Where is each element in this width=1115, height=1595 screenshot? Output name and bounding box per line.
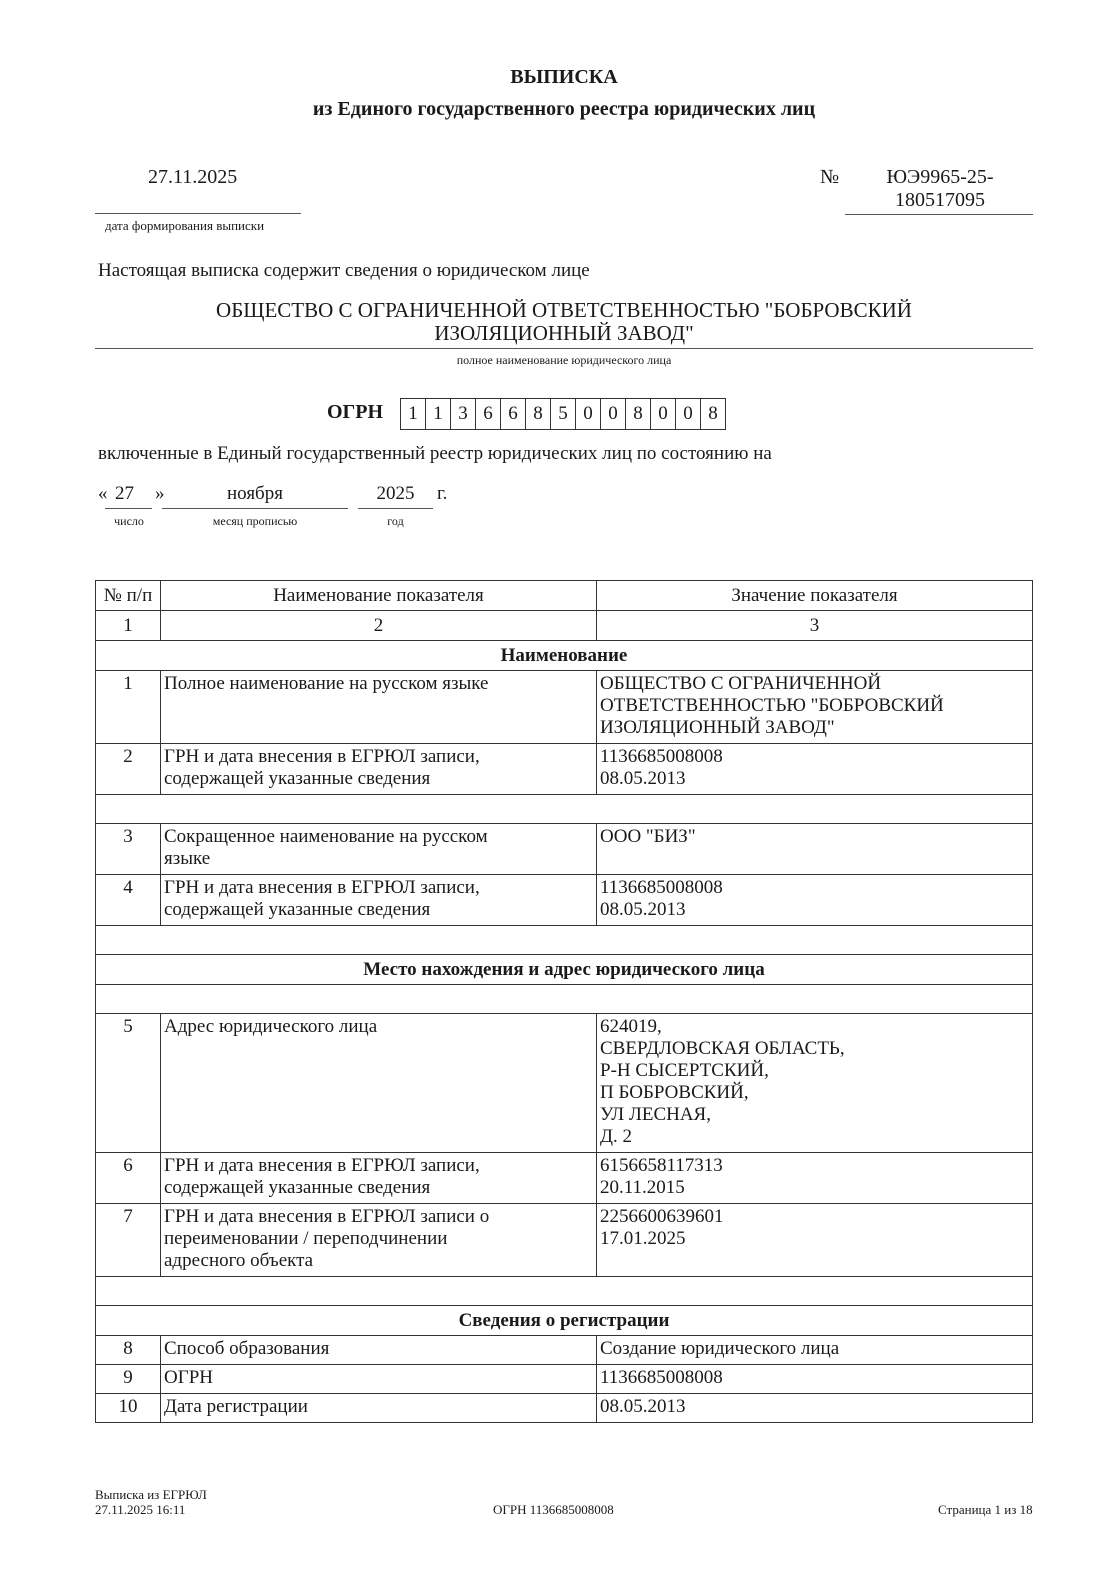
- day-caption: число: [100, 514, 158, 529]
- indicator-name: ГРН и дата внесения в ЕГРЮЛ записи опере…: [161, 1204, 597, 1277]
- indicator-value: Создание юридического лица: [597, 1336, 1033, 1365]
- ogrn-digit: 1: [401, 399, 426, 429]
- indicator-name: Сокращенное наименование на русскомязыке: [161, 824, 597, 875]
- indicator-value-line: 20.11.2015: [600, 1177, 1029, 1199]
- number-sign: №: [820, 166, 839, 189]
- indicator-name: Адрес юридического лица: [161, 1014, 597, 1153]
- company-name-line1: ОБЩЕСТВО С ОГРАНИЧЕННОЙ ОТВЕТСТВЕННОСТЬЮ…: [95, 299, 1033, 322]
- intro-text: Настоящая выписка содержит сведения о юр…: [98, 260, 590, 282]
- ogrn-digit: 6: [476, 399, 501, 429]
- table-row: 2ГРН и дата внесения в ЕГРЮЛ записи,соде…: [96, 744, 1033, 795]
- col-number-1: 1: [96, 611, 161, 641]
- date-underline: [95, 213, 301, 214]
- indicator-value: 08.05.2013: [597, 1394, 1033, 1423]
- ogrn-digit: 3: [451, 399, 476, 429]
- spacer-cell: [96, 795, 1033, 824]
- table-row: 5Адрес юридического лица624019,СВЕРДЛОВС…: [96, 1014, 1033, 1153]
- section-title: Место нахождения и адрес юридического ли…: [96, 955, 1033, 985]
- section-header-row: Место нахождения и адрес юридического ли…: [96, 955, 1033, 985]
- number-underline: [845, 214, 1033, 215]
- section-title: Сведения о регистрации: [96, 1306, 1033, 1336]
- indicator-name: ГРН и дата внесения в ЕГРЮЛ записи,содер…: [161, 1153, 597, 1204]
- table-row: 10Дата регистрации08.05.2013: [96, 1394, 1033, 1423]
- ogrn-digit: 0: [651, 399, 676, 429]
- indicator-value-line: П БОБРОВСКИЙ,: [600, 1082, 1029, 1104]
- table-row: 8Способ образованияСоздание юридического…: [96, 1336, 1033, 1365]
- row-number: 3: [96, 824, 161, 875]
- row-number: 4: [96, 875, 161, 926]
- column-number-row: 1 2 3: [96, 611, 1033, 641]
- spacer-cell: [96, 926, 1033, 955]
- indicator-value-line: Создание юридического лица: [600, 1338, 1029, 1360]
- ogrn-digit: 8: [701, 399, 725, 429]
- indicator-name: Дата регистрации: [161, 1394, 597, 1423]
- indicator-value-line: 1136685008008: [600, 1367, 1029, 1389]
- indicator-name-line: ГРН и дата внесения в ЕГРЮЛ записи о: [164, 1206, 593, 1228]
- indicator-name-line: переименовании / переподчинении: [164, 1228, 593, 1250]
- ogrn-digit-boxes: 1136685008008: [400, 398, 726, 430]
- footer-ogrn: ОГРН 1136685008008: [493, 1502, 614, 1518]
- col-number-2: 2: [161, 611, 597, 641]
- indicator-value: 624019,СВЕРДЛОВСКАЯ ОБЛАСТЬ,Р-Н СЫСЕРТСК…: [597, 1014, 1033, 1153]
- indicator-value-line: 17.01.2025: [600, 1228, 1029, 1250]
- footer-left: Выписка из ЕГРЮЛ 27.11.2025 16:11: [95, 1487, 207, 1517]
- table-row: 7ГРН и дата внесения в ЕГРЮЛ записи опер…: [96, 1204, 1033, 1277]
- indicator-name: ГРН и дата внесения в ЕГРЮЛ записи,содер…: [161, 744, 597, 795]
- table-row: 1Полное наименование на русском языкеОБЩ…: [96, 671, 1033, 744]
- month-caption: месяц прописью: [162, 514, 348, 529]
- footer-timestamp: 27.11.2025 16:11: [95, 1502, 207, 1517]
- document-subtitle: из Единого государственного реестра юрид…: [0, 98, 1115, 121]
- table-row: 6ГРН и дата внесения в ЕГРЮЛ записи,соде…: [96, 1153, 1033, 1204]
- row-number: 6: [96, 1153, 161, 1204]
- indicator-value: 615665811731320.11.2015: [597, 1153, 1033, 1204]
- indicator-name-line: ГРН и дата внесения в ЕГРЮЛ записи,: [164, 746, 593, 768]
- indicator-value-line: 1136685008008: [600, 877, 1029, 899]
- row-number: 7: [96, 1204, 161, 1277]
- indicator-value-line: ОТВЕТСТВЕННОСТЬЮ "БОБРОВСКИЙ: [600, 695, 1029, 717]
- document-title: ВЫПИСКА: [0, 66, 1115, 89]
- indicator-name-line: содержащей указанные сведения: [164, 768, 593, 790]
- indicator-value-line: 08.05.2013: [600, 768, 1029, 790]
- ogrn-digit: 6: [501, 399, 526, 429]
- indicator-value: 113668500800808.05.2013: [597, 875, 1033, 926]
- egrul-data-table: № п/п Наименование показателя Значение п…: [95, 580, 1033, 1423]
- row-number: 10: [96, 1394, 161, 1423]
- table-row: 9ОГРН1136685008008: [96, 1365, 1033, 1394]
- indicator-value-line: 2256600639601: [600, 1206, 1029, 1228]
- indicator-value-line: Д. 2: [600, 1126, 1029, 1148]
- indicator-name: ГРН и дата внесения в ЕГРЮЛ записи,содер…: [161, 875, 597, 926]
- row-number: 5: [96, 1014, 161, 1153]
- extract-date-caption: дата формирования выписки: [105, 218, 264, 234]
- included-text: включенные в Единый государственный реес…: [98, 443, 772, 465]
- row-number: 1: [96, 671, 161, 744]
- table-row: 3Сокращенное наименование на русскомязык…: [96, 824, 1033, 875]
- indicator-value-line: 1136685008008: [600, 746, 1029, 768]
- indicator-value: ОБЩЕСТВО С ОГРАНИЧЕННОЙОТВЕТСТВЕННОСТЬЮ …: [597, 671, 1033, 744]
- indicator-value-line: ОБЩЕСТВО С ОГРАНИЧЕННОЙ: [600, 673, 1029, 695]
- company-underline: [95, 348, 1033, 349]
- ogrn-digit: 0: [576, 399, 601, 429]
- header-number: № п/п: [96, 581, 161, 611]
- indicator-name-line: содержащей указанные сведения: [164, 899, 593, 921]
- indicator-name-line: содержащей указанные сведения: [164, 1177, 593, 1199]
- ogrn-digit: 0: [601, 399, 626, 429]
- indicator-name: ОГРН: [161, 1365, 597, 1394]
- indicator-name-line: языке: [164, 848, 593, 870]
- row-number: 9: [96, 1365, 161, 1394]
- spacer-row: [96, 926, 1033, 955]
- spacer-row: [96, 795, 1033, 824]
- indicator-value: 225660063960117.01.2025: [597, 1204, 1033, 1277]
- indicator-value-line: 08.05.2013: [600, 899, 1029, 921]
- company-caption: полное наименование юридического лица: [95, 353, 1033, 368]
- indicator-value-line: СВЕРДЛОВСКАЯ ОБЛАСТЬ,: [600, 1038, 1029, 1060]
- open-quote: «: [98, 483, 108, 505]
- ogrn-digit: 8: [626, 399, 651, 429]
- indicator-name-line: Сокращенное наименование на русском: [164, 826, 593, 848]
- header-indicator-value: Значение показателя: [597, 581, 1033, 611]
- as-of-month: ноября: [162, 483, 348, 505]
- table-header-row: № п/п Наименование показателя Значение п…: [96, 581, 1033, 611]
- extract-number-line1: ЮЭ9965-25-: [845, 166, 1035, 189]
- extract-date: 27.11.2025: [148, 166, 237, 189]
- indicator-name-line: ГРН и дата внесения в ЕГРЮЛ записи,: [164, 1155, 593, 1177]
- ogrn-digit: 8: [526, 399, 551, 429]
- spacer-row: [96, 1277, 1033, 1306]
- month-underline: [162, 508, 348, 509]
- indicator-value-line: 6156658117313: [600, 1155, 1029, 1177]
- row-number: 2: [96, 744, 161, 795]
- year-caption: год: [358, 514, 433, 529]
- company-name-line2: ИЗОЛЯЦИОННЫЙ ЗАВОД": [95, 322, 1033, 345]
- spacer-cell: [96, 1277, 1033, 1306]
- extract-number: ЮЭ9965-25- 180517095: [845, 166, 1035, 212]
- indicator-value-line: 08.05.2013: [600, 1396, 1029, 1418]
- footer-doc-name: Выписка из ЕГРЮЛ: [95, 1487, 207, 1502]
- ogrn-label: ОГРН: [327, 401, 383, 424]
- day-underline: [105, 508, 152, 509]
- section-title: Наименование: [96, 641, 1033, 671]
- indicator-name-line: Способ образования: [164, 1338, 593, 1360]
- row-number: 8: [96, 1336, 161, 1365]
- indicator-value: 1136685008008: [597, 1365, 1033, 1394]
- indicator-name-line: Дата регистрации: [164, 1396, 593, 1418]
- indicator-name-line: ГРН и дата внесения в ЕГРЮЛ записи,: [164, 877, 593, 899]
- section-header-row: Наименование: [96, 641, 1033, 671]
- header-indicator-name: Наименование показателя: [161, 581, 597, 611]
- indicator-name-line: Адрес юридического лица: [164, 1016, 593, 1038]
- as-of-year: 2025: [358, 483, 433, 505]
- indicator-name: Полное наименование на русском языке: [161, 671, 597, 744]
- indicator-value-line: 624019,: [600, 1016, 1029, 1038]
- section-header-row: Сведения о регистрации: [96, 1306, 1033, 1336]
- indicator-value: 113668500800808.05.2013: [597, 744, 1033, 795]
- indicator-name-line: адресного объекта: [164, 1250, 593, 1272]
- year-suffix: г.: [437, 483, 447, 505]
- indicator-name-line: ОГРН: [164, 1367, 593, 1389]
- year-underline: [358, 508, 433, 509]
- indicator-value-line: ИЗОЛЯЦИОННЫЙ ЗАВОД": [600, 717, 1029, 739]
- ogrn-digit: 5: [551, 399, 576, 429]
- ogrn-digit: 0: [676, 399, 701, 429]
- spacer-row: [96, 985, 1033, 1014]
- table-row: 4ГРН и дата внесения в ЕГРЮЛ записи,соде…: [96, 875, 1033, 926]
- indicator-value-line: ООО "БИЗ": [600, 826, 1029, 848]
- col-number-3: 3: [597, 611, 1033, 641]
- indicator-name-line: Полное наименование на русском языке: [164, 673, 593, 695]
- indicator-value: ООО "БИЗ": [597, 824, 1033, 875]
- extract-number-line2: 180517095: [845, 189, 1035, 212]
- company-full-name: ОБЩЕСТВО С ОГРАНИЧЕННОЙ ОТВЕТСТВЕННОСТЬЮ…: [95, 299, 1033, 345]
- footer-page-number: Страница 1 из 18: [938, 1502, 1033, 1518]
- as-of-day: 27: [115, 483, 134, 505]
- indicator-value-line: УЛ ЛЕСНАЯ,: [600, 1104, 1029, 1126]
- indicator-name: Способ образования: [161, 1336, 597, 1365]
- indicator-value-line: Р-Н СЫСЕРТСКИЙ,: [600, 1060, 1029, 1082]
- ogrn-digit: 1: [426, 399, 451, 429]
- spacer-cell: [96, 985, 1033, 1014]
